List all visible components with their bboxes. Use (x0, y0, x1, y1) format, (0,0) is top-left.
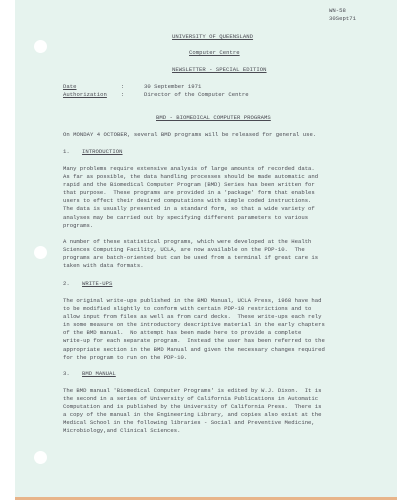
section-1-para-2: A number of these statistical programs, … (63, 238, 383, 270)
newsletter-title: NEWSLETTER - SPECIAL EDITION (172, 66, 267, 74)
punch-hole (34, 246, 47, 259)
section-2-para-1: The original write-ups published in the … (63, 297, 383, 362)
auth-sep: : (121, 91, 124, 99)
section-2-num: 2. (63, 280, 70, 288)
section-1-num: 1. (63, 148, 70, 156)
intro-line: On MONDAY 4 OCTOBER, several BMD program… (63, 131, 316, 139)
date-label: Date (63, 83, 77, 91)
section-1-heading: INTRODUCTION (82, 148, 123, 156)
section-2-heading: WRITE-UPS (82, 280, 112, 288)
punch-hole (34, 451, 47, 464)
section-3-heading: BMD MANUAL (82, 370, 116, 378)
section-3-para-1: The BMD manual 'Biomedical Computer Prog… (63, 387, 383, 436)
auth-value: Director of the Computer Centre (144, 91, 249, 99)
date-sep: : (121, 83, 124, 91)
section-3-num: 3. (63, 370, 70, 378)
subject: BMD - BIOMEDICAL COMPUTER PROGRAMS (156, 114, 271, 122)
date-value: 30 September 1971 (144, 83, 201, 91)
department: Computer Centre (189, 49, 240, 57)
section-1-para-1: Many problems require extensive analysis… (63, 165, 383, 230)
institution: UNIVERSITY OF QUEENSLAND (172, 33, 253, 41)
punch-hole (34, 40, 47, 53)
ref-date: 30Sept71 (329, 15, 356, 23)
auth-label: Authorization (63, 91, 107, 99)
ref-code: WN-58 (329, 7, 346, 15)
